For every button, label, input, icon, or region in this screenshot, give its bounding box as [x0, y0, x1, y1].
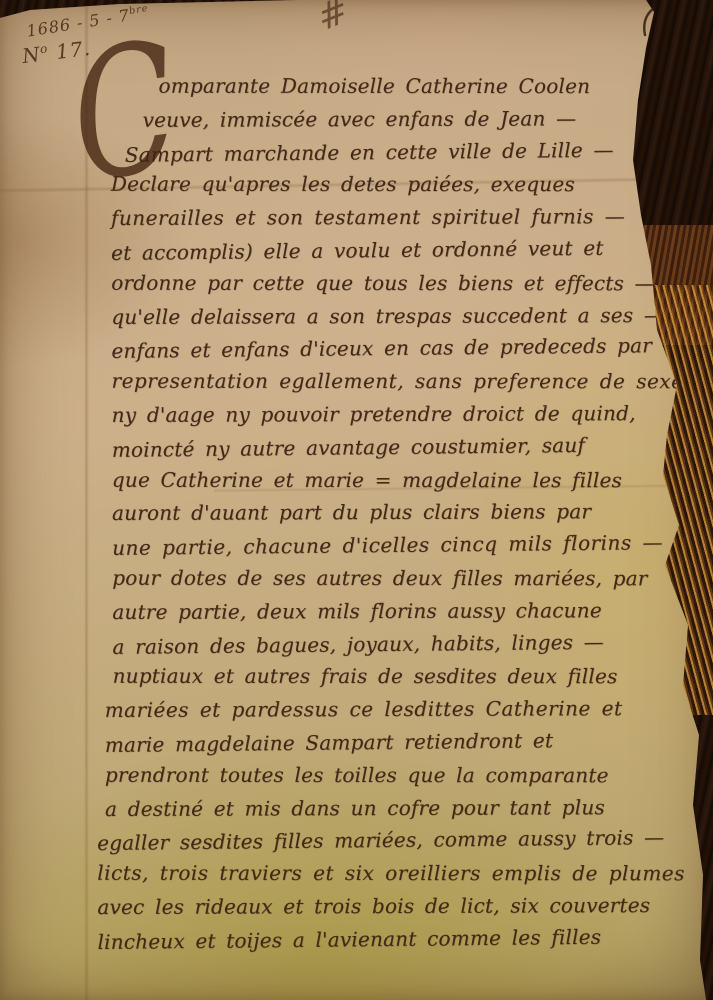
manuscript-line: que Catherine et marie = magdelaine les … [112, 463, 668, 496]
manuscript-line: avec les rideaux et trois bois de lict, … [97, 889, 669, 924]
manuscript-text: omparante Damoiselle Catherine Coolenveu… [110, 69, 669, 956]
manuscript-line: et accomplis) elle a voulu et ordonné ve… [111, 231, 667, 270]
manuscript-line: omparante Damoiselle Catherine Coolen [158, 70, 666, 103]
manuscript-line: egaller sesdites filles mariées, comme a… [97, 821, 669, 860]
manuscript-line: representation egallement, sans preferen… [112, 365, 668, 398]
manuscript-line: a raison des bagues, joyaux, habits, lin… [112, 625, 668, 664]
manuscript-line: a destiné et mis dans un cofre pour tant… [105, 791, 669, 826]
manuscript-line: veuve, immiscée avec enfans de Jean — [143, 102, 667, 137]
paper-sheet: 1686 - 5 - 7bre No 17. # C omparante Dam… [0, 0, 713, 1000]
manuscript-line: mariées et pardessus ce lesdittes Cather… [105, 692, 669, 727]
manuscript-line: ordonne par cette que tous les biens et … [111, 267, 667, 300]
manuscript-line: Sampart marchande en cette ville de Lill… [125, 133, 667, 171]
corner-fold-mark [638, 2, 668, 38]
manuscript-line: Declare qu'apres les detes paiées, exequ… [111, 168, 667, 201]
manuscript-line: funerailles et son testament spirituel f… [111, 200, 667, 235]
folio-mark: # [314, 0, 352, 40]
manuscript-line: lincheux et toijes a l'avienant comme le… [97, 920, 669, 959]
manuscript-line: pour dotes de ses autres deux filles mar… [112, 562, 668, 595]
manuscript-line: qu'elle delaissera a son trespas succede… [111, 299, 667, 334]
manuscript-line: moincté ny autre avantage coustumier, sa… [112, 428, 668, 467]
manuscript-line: licts, trois traviers et six oreilliers … [97, 857, 669, 890]
manuscript-line: ny d'aage ny pouvoir pretendre droict de… [112, 397, 668, 432]
manuscript-line: auront d'auant part du plus clairs biens… [112, 495, 668, 530]
manuscript-line: une partie, chacune d'icelles cincq mils… [112, 526, 668, 565]
manuscript-line: marie magdelaine Sampart retiendront et [105, 723, 669, 762]
manuscript-line: autre partie, deux mils florins aussy ch… [112, 594, 668, 629]
manuscript-line: nuptiaux et autres frais de sesdites deu… [113, 660, 669, 693]
photo-background: 1686 - 5 - 7bre No 17. # C omparante Dam… [0, 0, 713, 1000]
manuscript-line: prendront toutes les toilles que la comp… [105, 759, 669, 792]
manuscript-line: enfans et enfans d'iceux en cas de prede… [111, 329, 667, 368]
